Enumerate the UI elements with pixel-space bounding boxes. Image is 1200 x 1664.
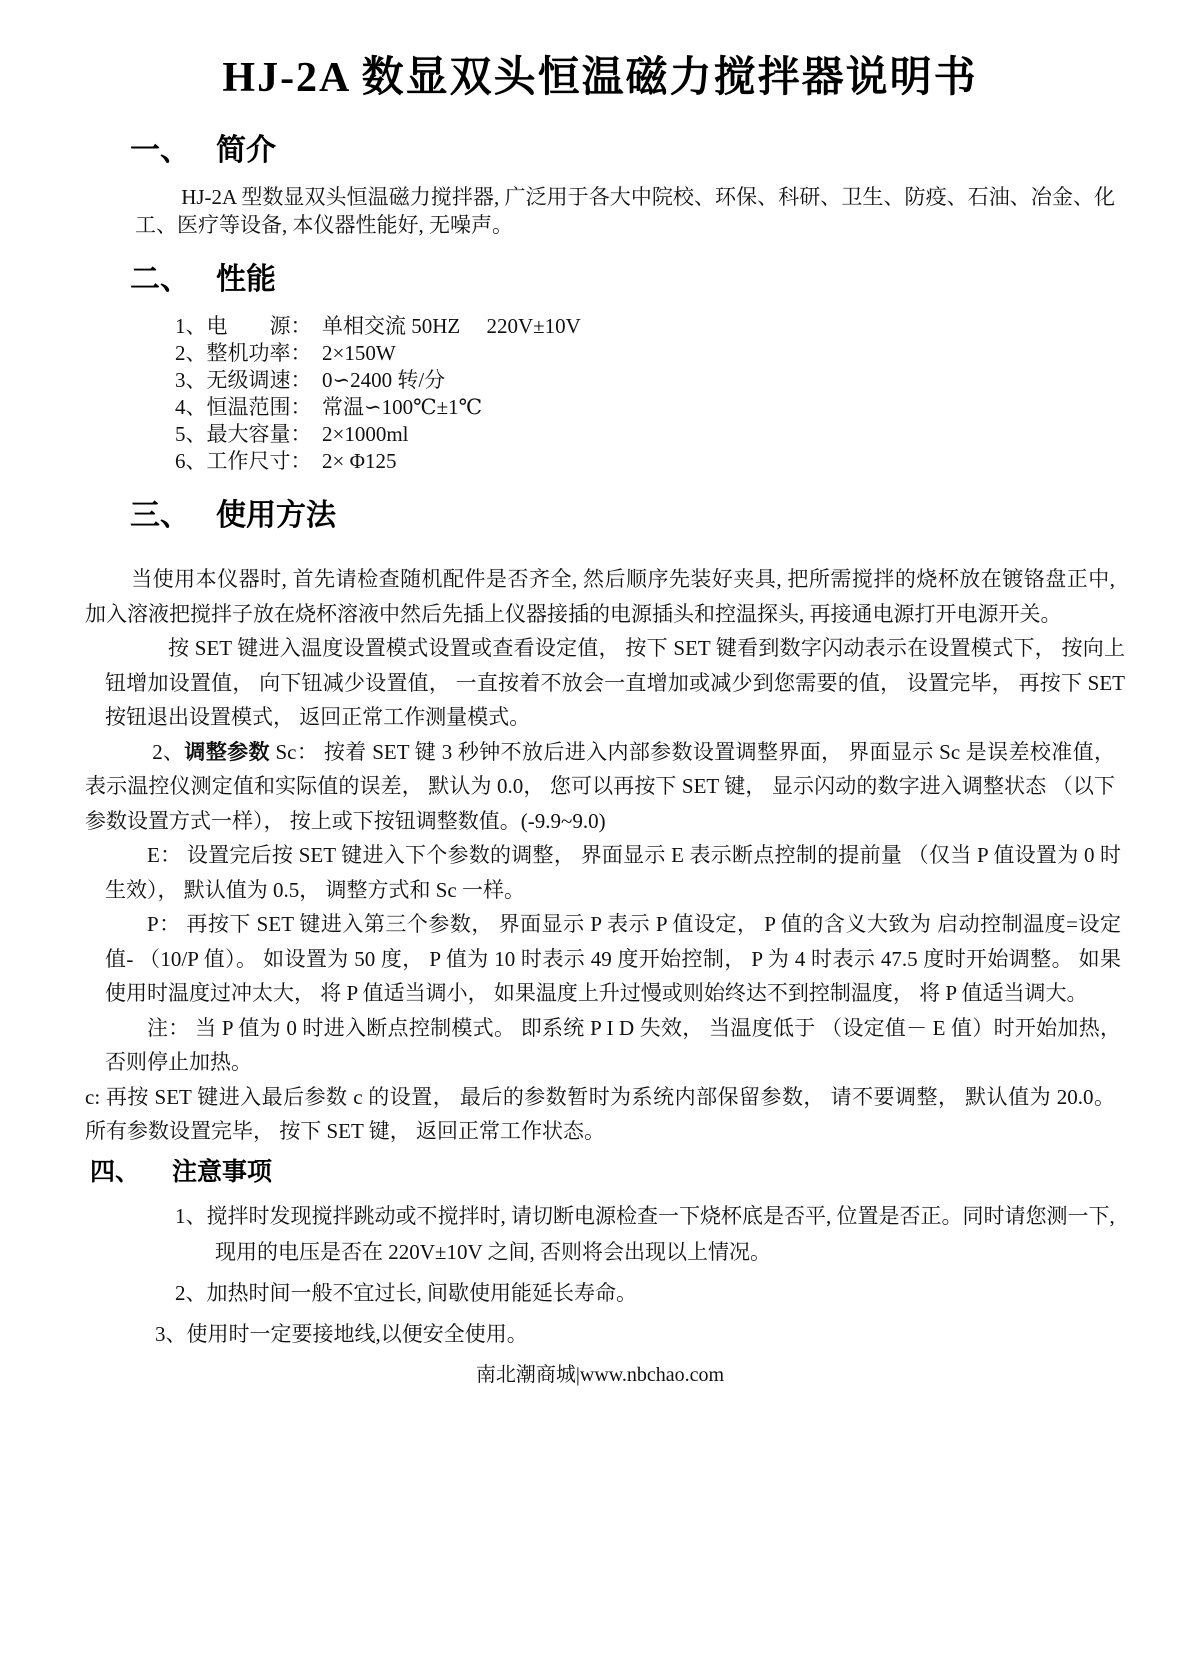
usage-paragraph-e: E： 设置完后按 SET 键进入下个参数的调整， 界面显示 E 表示断点控制的提… bbox=[105, 838, 1121, 907]
section-1-heading: 一、简介 bbox=[130, 132, 1115, 170]
notes-list: 1、搅拌时发现搅拌跳动或不搅拌时, 请切断电源检查一下烧杯底是否平, 位置是否正… bbox=[85, 1198, 1115, 1352]
note-item-3: 3、使用时一定要接地线,以便安全使用。 bbox=[85, 1316, 1115, 1352]
spec-item-temp-range: 4、恒温范围： 常温∽100℃±1℃ bbox=[175, 394, 1115, 421]
intro-paragraph: HJ-2A 型数显双头恒温磁力搅拌器, 广泛用于各大中院校、环保、科研、卫生、防… bbox=[135, 183, 1115, 239]
spec-list: 1、电 源： 单相交流 50HZ 220V±10V 2、整机功率： 2×150W… bbox=[175, 313, 1115, 475]
param-sc-number: 2、 bbox=[152, 740, 184, 764]
usage-paragraph-2: 按 SET 键进入温度设置模式设置或查看设定值， 按下 SET 键看到数字闪动表… bbox=[105, 631, 1125, 735]
param-sc-bold-label: 调整参数 bbox=[184, 740, 269, 764]
section-4-number: 四、 bbox=[90, 1159, 140, 1186]
note-item-2: 2、加热时间一般不宜过长, 间歇使用能延长寿命。 bbox=[85, 1275, 1115, 1311]
section-3-title: 使用方法 bbox=[216, 499, 336, 532]
section-1-title: 简介 bbox=[216, 134, 276, 167]
section-3-number: 三、 bbox=[130, 499, 190, 532]
note-item-1: 1、搅拌时发现搅拌跳动或不搅拌时, 请切断电源检查一下烧杯底是否平, 位置是否正… bbox=[85, 1198, 1115, 1270]
section-3-heading: 三、使用方法 bbox=[130, 497, 1115, 535]
section-1-number: 一、 bbox=[130, 134, 190, 167]
section-2-heading: 二、性能 bbox=[130, 261, 1115, 299]
spec-item-work-size: 6、工作尺寸： 2× Φ125 bbox=[175, 448, 1115, 475]
document-title: HJ-2A 数显双头恒温磁力搅拌器说明书 bbox=[85, 51, 1115, 106]
section-4-title: 注意事项 bbox=[172, 1159, 272, 1186]
usage-paragraph-1: 当使用本仪器时, 首先请检查随机配件是否齐全, 然后顺序先装好夹具, 把所需搅拌… bbox=[85, 562, 1115, 631]
spec-item-power: 1、电 源： 单相交流 50HZ 220V±10V bbox=[175, 313, 1115, 340]
usage-paragraph-c: c: 再按 SET 键进入最后参数 c 的设置， 最后的参数暂时为系统内部保留参… bbox=[85, 1080, 1115, 1149]
section-2-number: 二、 bbox=[130, 263, 190, 296]
usage-paragraph-note: 注： 当 P 值为 0 时进入断点控制模式。 即系统 P I D 失效， 当温度… bbox=[105, 1011, 1121, 1080]
usage-paragraph-3: 2、调整参数 Sc： 按着 SET 键 3 秒钟不放后进入内部参数设置调整界面，… bbox=[85, 735, 1115, 839]
footer-watermark: 南北潮商城|www.nbchao.com bbox=[85, 1358, 1115, 1387]
section-4-heading: 四、注意事项 bbox=[90, 1157, 1115, 1188]
usage-paragraph-p: P： 再按下 SET 键进入第三个参数， 界面显示 P 表示 P 值设定， P … bbox=[105, 907, 1121, 1011]
spec-item-speed: 3、无级调速： 0∽2400 转/分 bbox=[175, 367, 1115, 394]
spec-item-capacity: 5、最大容量： 2×1000ml bbox=[175, 421, 1115, 448]
spec-item-total-power: 2、整机功率： 2×150W bbox=[175, 340, 1115, 367]
section-2-title: 性能 bbox=[216, 263, 276, 296]
usage-section: 当使用本仪器时, 首先请检查随机配件是否齐全, 然后顺序先装好夹具, 把所需搅拌… bbox=[85, 562, 1115, 1149]
manual-page: HJ-2A 数显双头恒温磁力搅拌器说明书 一、简介 HJ-2A 型数显双头恒温磁… bbox=[0, 0, 1200, 1664]
